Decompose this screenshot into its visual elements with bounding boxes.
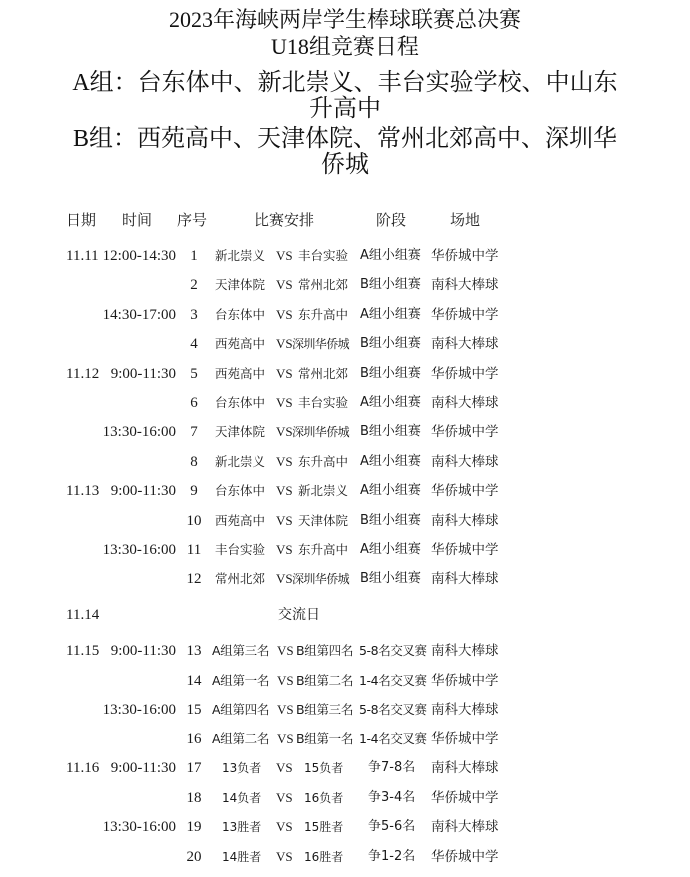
row-venue: 华侨城中学 <box>431 481 499 501</box>
row-date: 11.11 <box>66 246 99 266</box>
row-seq: 8 <box>184 452 204 472</box>
table-row: 20 14胜者 VS 16胜者 争1-2名 华侨城中学 <box>0 847 690 867</box>
row-team2: 丰台实验 <box>298 393 348 413</box>
table-row: 2 天津体院 VS 常州北郊 B组小组赛 南科大棒球 <box>0 275 690 295</box>
row-venue: 华侨城中学 <box>431 847 499 867</box>
row-team2: B组第二名 <box>296 671 353 691</box>
row-team1: 14胜者 <box>222 847 261 867</box>
row-venue: 南科大棒球 <box>431 275 499 295</box>
row-vs: VS <box>276 305 293 325</box>
row-team1: 天津体院 <box>215 422 265 442</box>
row-stage: 1-4名交叉赛 <box>359 729 427 749</box>
row-seq: 1 <box>184 246 204 266</box>
row-team2: 天津体院 <box>298 511 348 531</box>
row-venue: 华侨城中学 <box>431 788 499 808</box>
row-time: 13:30-16:00 <box>103 540 176 560</box>
row-venue: 南科大棒球 <box>431 334 499 354</box>
row-team2: B组第一名 <box>296 729 353 749</box>
header-date: 日期 <box>66 210 96 230</box>
row-date: 11.13 <box>66 481 99 501</box>
table-row: 13:30-16:00 7 天津体院 VS 深圳华侨城 B组小组赛 华侨城中学 <box>0 422 690 442</box>
row-stage: A组小组赛 <box>360 452 421 472</box>
row-stage: A组小组赛 <box>360 393 421 413</box>
row-team1: 西苑高中 <box>215 334 265 354</box>
row-time: 13:30-16:00 <box>103 422 176 442</box>
row-time: 9:00-11:30 <box>111 364 176 384</box>
row-team2: 深圳华侨城 <box>292 334 349 354</box>
row-vs: VS <box>276 334 293 354</box>
row-vs: VS <box>277 641 294 661</box>
row-team2: 15胜者 <box>304 817 343 837</box>
row-team1: 13负者 <box>222 758 261 778</box>
row-time: 9:00-11:30 <box>111 481 176 501</box>
table-row: 12 常州北郊 VS 深圳华侨城 B组小组赛 南科大棒球 <box>0 569 690 589</box>
row-seq: 7 <box>184 422 204 442</box>
row-team2: 新北崇义 <box>298 481 348 501</box>
row-vs: VS <box>276 246 293 266</box>
row-stage: 1-4名交叉赛 <box>359 671 427 691</box>
row-team1: 台东体中 <box>215 393 265 413</box>
header-time: 时间 <box>122 210 152 230</box>
row-seq: 18 <box>184 788 204 808</box>
row-time: 13:30-16:00 <box>103 817 176 837</box>
row-team1: 14负者 <box>222 788 261 808</box>
row-team1: 新北崇义 <box>215 452 265 472</box>
row-time: 9:00-11:30 <box>111 641 176 661</box>
row-date: 11.15 <box>66 641 99 661</box>
table-row: 14:30-17:00 3 台东体中 VS 东升高中 A组小组赛 华侨城中学 <box>0 305 690 325</box>
table-row: 11.13 9:00-11:30 9 台东体中 VS 新北崇义 A组小组赛 华侨… <box>0 481 690 501</box>
row-vs: VS <box>277 671 294 691</box>
row-seq: 20 <box>184 847 204 867</box>
row-seq: 4 <box>184 334 204 354</box>
row-seq: 9 <box>184 481 204 501</box>
row-stage: A组小组赛 <box>360 540 421 560</box>
row-team2: 丰台实验 <box>298 246 348 266</box>
row-seq: 19 <box>184 817 204 837</box>
row-team1: 天津体院 <box>215 275 265 295</box>
row-stage: B组小组赛 <box>360 569 421 589</box>
row-team2: 常州北郊 <box>298 364 348 384</box>
row-vs: VS <box>276 452 293 472</box>
row-team1: A组第二名 <box>212 729 269 749</box>
row-time: 12:00-14:30 <box>103 246 176 266</box>
header-match: 比赛安排 <box>254 210 314 230</box>
row-seq: 2 <box>184 275 204 295</box>
table-row: 11.16 9:00-11:30 17 13负者 VS 15负者 争7-8名 南… <box>0 758 690 778</box>
table-row: 16 A组第二名 VS B组第一名 1-4名交叉赛 华侨城中学 <box>0 729 690 749</box>
row-team2: B组第三名 <box>296 700 353 720</box>
row-stage: 5-8名交叉赛 <box>359 641 427 661</box>
row-time: 13:30-16:00 <box>103 700 176 720</box>
row-seq: 11 <box>184 540 204 560</box>
row-team2: 深圳华侨城 <box>292 569 349 589</box>
table-row: 11.15 9:00-11:30 13 A组第三名 VS B组第四名 5-8名交… <box>0 641 690 661</box>
row-seq: 6 <box>184 393 204 413</box>
row-vs: VS <box>277 729 294 749</box>
row-stage: A组小组赛 <box>360 246 421 266</box>
row-team2: 16胜者 <box>304 847 343 867</box>
row-team1: 台东体中 <box>215 305 265 325</box>
row-vs: VS <box>276 817 293 837</box>
row-seq: 13 <box>184 641 204 661</box>
rest-day-date: 11.14 <box>66 605 99 625</box>
row-team1: 台东体中 <box>215 481 265 501</box>
row-venue: 华侨城中学 <box>431 246 499 266</box>
row-stage: 争3-4名 <box>368 788 415 808</box>
row-team1: 新北崇义 <box>215 246 265 266</box>
row-venue: 华侨城中学 <box>431 671 499 691</box>
table-row: 13:30-16:00 19 13胜者 VS 15胜者 争5-6名 南科大棒球 <box>0 817 690 837</box>
row-venue: 南科大棒球 <box>431 758 499 778</box>
row-stage: A组小组赛 <box>360 481 421 501</box>
row-team1: 13胜者 <box>222 817 261 837</box>
row-vs: VS <box>276 422 293 442</box>
group-a-teams-cont: 升高中 <box>0 95 690 123</box>
row-vs: VS <box>276 758 293 778</box>
group-b-teams: B组：西苑高中、天津体院、常州北郊高中、深圳华 <box>0 125 690 153</box>
document-title: 2023年海峡两岸学生棒球联赛总决赛 <box>0 7 690 33</box>
row-seq: 15 <box>184 700 204 720</box>
row-stage: 争1-2名 <box>368 847 415 867</box>
header-venue: 场地 <box>450 210 480 230</box>
row-team2: B组第四名 <box>296 641 353 661</box>
row-venue: 华侨城中学 <box>431 540 499 560</box>
row-stage: B组小组赛 <box>360 275 421 295</box>
row-vs: VS <box>276 569 293 589</box>
row-vs: VS <box>276 788 293 808</box>
table-row: 10 西苑高中 VS 天津体院 B组小组赛 南科大棒球 <box>0 511 690 531</box>
row-venue: 华侨城中学 <box>431 364 499 384</box>
row-time: 14:30-17:00 <box>103 305 176 325</box>
row-team2: 16负者 <box>304 788 343 808</box>
row-venue: 南科大棒球 <box>431 641 499 661</box>
header-seq: 序号 <box>177 210 207 230</box>
row-team2: 常州北郊 <box>298 275 348 295</box>
row-team2: 东升高中 <box>298 540 348 560</box>
row-team1: A组第四名 <box>212 700 269 720</box>
table-row: 18 14负者 VS 16负者 争3-4名 华侨城中学 <box>0 788 690 808</box>
row-stage: B组小组赛 <box>360 334 421 354</box>
row-vs: VS <box>277 700 294 720</box>
document-subtitle: U18组竞赛日程 <box>0 34 690 60</box>
table-row: 11.12 9:00-11:30 5 西苑高中 VS 常州北郊 B组小组赛 华侨… <box>0 364 690 384</box>
row-venue: 南科大棒球 <box>431 569 499 589</box>
row-stage: B组小组赛 <box>360 364 421 384</box>
row-stage: A组小组赛 <box>360 305 421 325</box>
row-team2: 东升高中 <box>298 305 348 325</box>
row-venue: 华侨城中学 <box>431 422 499 442</box>
row-stage: B组小组赛 <box>360 511 421 531</box>
row-team1: 西苑高中 <box>215 511 265 531</box>
group-a-teams: A组：台东体中、新北崇义、丰台实验学校、中山东 <box>0 69 690 97</box>
row-vs: VS <box>276 481 293 501</box>
table-row: 13:30-16:00 11 丰台实验 VS 东升高中 A组小组赛 华侨城中学 <box>0 540 690 560</box>
row-venue: 华侨城中学 <box>431 305 499 325</box>
table-row: 6 台东体中 VS 丰台实验 A组小组赛 南科大棒球 <box>0 393 690 413</box>
row-stage: B组小组赛 <box>360 422 421 442</box>
row-vs: VS <box>276 364 293 384</box>
row-venue: 南科大棒球 <box>431 511 499 531</box>
row-team1: A组第三名 <box>212 641 269 661</box>
table-row: 4 西苑高中 VS 深圳华侨城 B组小组赛 南科大棒球 <box>0 334 690 354</box>
row-team1: A组第一名 <box>212 671 269 691</box>
row-team2: 深圳华侨城 <box>292 422 349 442</box>
row-vs: VS <box>276 540 293 560</box>
row-vs: VS <box>276 275 293 295</box>
row-seq: 10 <box>184 511 204 531</box>
row-seq: 12 <box>184 569 204 589</box>
row-date: 11.12 <box>66 364 99 384</box>
row-venue: 南科大棒球 <box>431 393 499 413</box>
row-venue: 南科大棒球 <box>431 700 499 720</box>
rest-day-row: 11.14 交流日 <box>0 605 690 625</box>
row-team1: 丰台实验 <box>215 540 265 560</box>
row-team2: 15负者 <box>304 758 343 778</box>
header-stage: 阶段 <box>376 210 406 230</box>
group-b-teams-cont: 侨城 <box>0 151 690 179</box>
row-vs: VS <box>276 511 293 531</box>
row-team2: 东升高中 <box>298 452 348 472</box>
row-seq: 5 <box>184 364 204 384</box>
row-venue: 南科大棒球 <box>431 817 499 837</box>
row-venue: 南科大棒球 <box>431 452 499 472</box>
table-row: 13:30-16:00 15 A组第四名 VS B组第三名 5-8名交叉赛 南科… <box>0 700 690 720</box>
table-row: 14 A组第一名 VS B组第二名 1-4名交叉赛 华侨城中学 <box>0 671 690 691</box>
row-stage: 争7-8名 <box>368 758 415 778</box>
rest-day-label: 交流日 <box>278 605 320 625</box>
row-seq: 16 <box>184 729 204 749</box>
row-seq: 3 <box>184 305 204 325</box>
row-vs: VS <box>276 847 293 867</box>
row-stage: 5-8名交叉赛 <box>359 700 427 720</box>
table-row: 11.11 12:00-14:30 1 新北崇义 VS 丰台实验 A组小组赛 华… <box>0 246 690 266</box>
row-team1: 常州北郊 <box>215 569 265 589</box>
row-stage: 争5-6名 <box>368 817 415 837</box>
table-row: 8 新北崇义 VS 东升高中 A组小组赛 南科大棒球 <box>0 452 690 472</box>
row-venue: 华侨城中学 <box>431 729 499 749</box>
row-date: 11.16 <box>66 758 99 778</box>
row-team1: 西苑高中 <box>215 364 265 384</box>
row-seq: 14 <box>184 671 204 691</box>
row-vs: VS <box>276 393 293 413</box>
row-time: 9:00-11:30 <box>111 758 176 778</box>
row-seq: 17 <box>184 758 204 778</box>
